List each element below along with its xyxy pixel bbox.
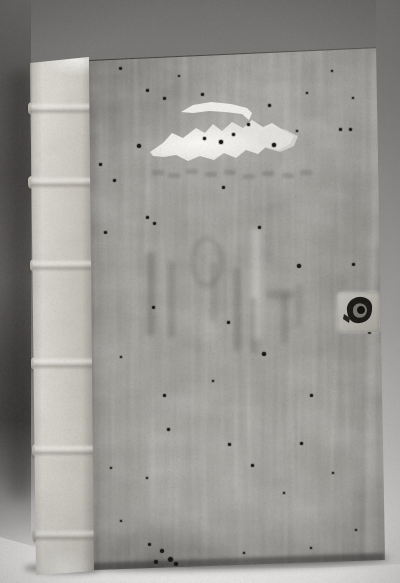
wormhole (178, 75, 180, 77)
spine-band-layer (29, 55, 95, 575)
wormhole (310, 394, 313, 397)
wormhole (146, 477, 148, 479)
wormhole (120, 520, 122, 522)
wormhole (203, 137, 206, 140)
wormhole (258, 226, 261, 229)
wormhole (251, 464, 254, 467)
wormhole (146, 216, 149, 219)
spine-band (29, 176, 95, 189)
wormhole (219, 140, 223, 144)
wormhole (306, 92, 308, 94)
wormhole (119, 67, 122, 70)
clasp-plate (337, 292, 379, 332)
wormhole (222, 186, 225, 189)
wormhole (152, 306, 155, 309)
wormhole (243, 552, 245, 554)
wormhole (163, 97, 166, 100)
photo-scene (0, 0, 400, 583)
wormhole (332, 472, 334, 474)
wormhole (160, 549, 164, 553)
wormhole (104, 231, 107, 234)
wormhole (283, 492, 285, 494)
wormhole (296, 130, 298, 132)
wormhole (228, 443, 231, 446)
wormhole (232, 133, 235, 136)
wormhole (163, 394, 166, 397)
wormhole (352, 263, 355, 266)
spine-band (29, 444, 95, 457)
wormhole (227, 321, 230, 324)
wormhole (297, 264, 301, 268)
wormhole (352, 97, 354, 99)
spine-band (29, 259, 95, 272)
wormhole (310, 547, 312, 549)
wormhole (272, 143, 276, 147)
spine-band (29, 102, 95, 115)
wormhole (268, 104, 271, 107)
book-spine (29, 55, 95, 575)
wormhole (355, 529, 357, 531)
wormhole (167, 428, 170, 431)
wormhole (146, 89, 149, 92)
spine-band (29, 529, 95, 542)
wormhole (113, 179, 116, 182)
wormhole (247, 123, 250, 126)
wormhole (349, 128, 352, 131)
wormhole (99, 163, 102, 166)
wormhole (212, 380, 214, 382)
wormhole (148, 543, 151, 546)
spine-band (29, 357, 95, 370)
wormhole (201, 93, 204, 96)
wormhole (300, 442, 303, 445)
clasp-hardware (337, 292, 379, 332)
wormhole (339, 128, 342, 131)
wormhole (110, 467, 112, 469)
wormhole (137, 144, 141, 148)
wormhole (262, 352, 266, 356)
wormhole (331, 70, 333, 72)
book-front-cover (88, 47, 385, 573)
wormhole (120, 356, 122, 358)
wormhole (153, 222, 156, 225)
